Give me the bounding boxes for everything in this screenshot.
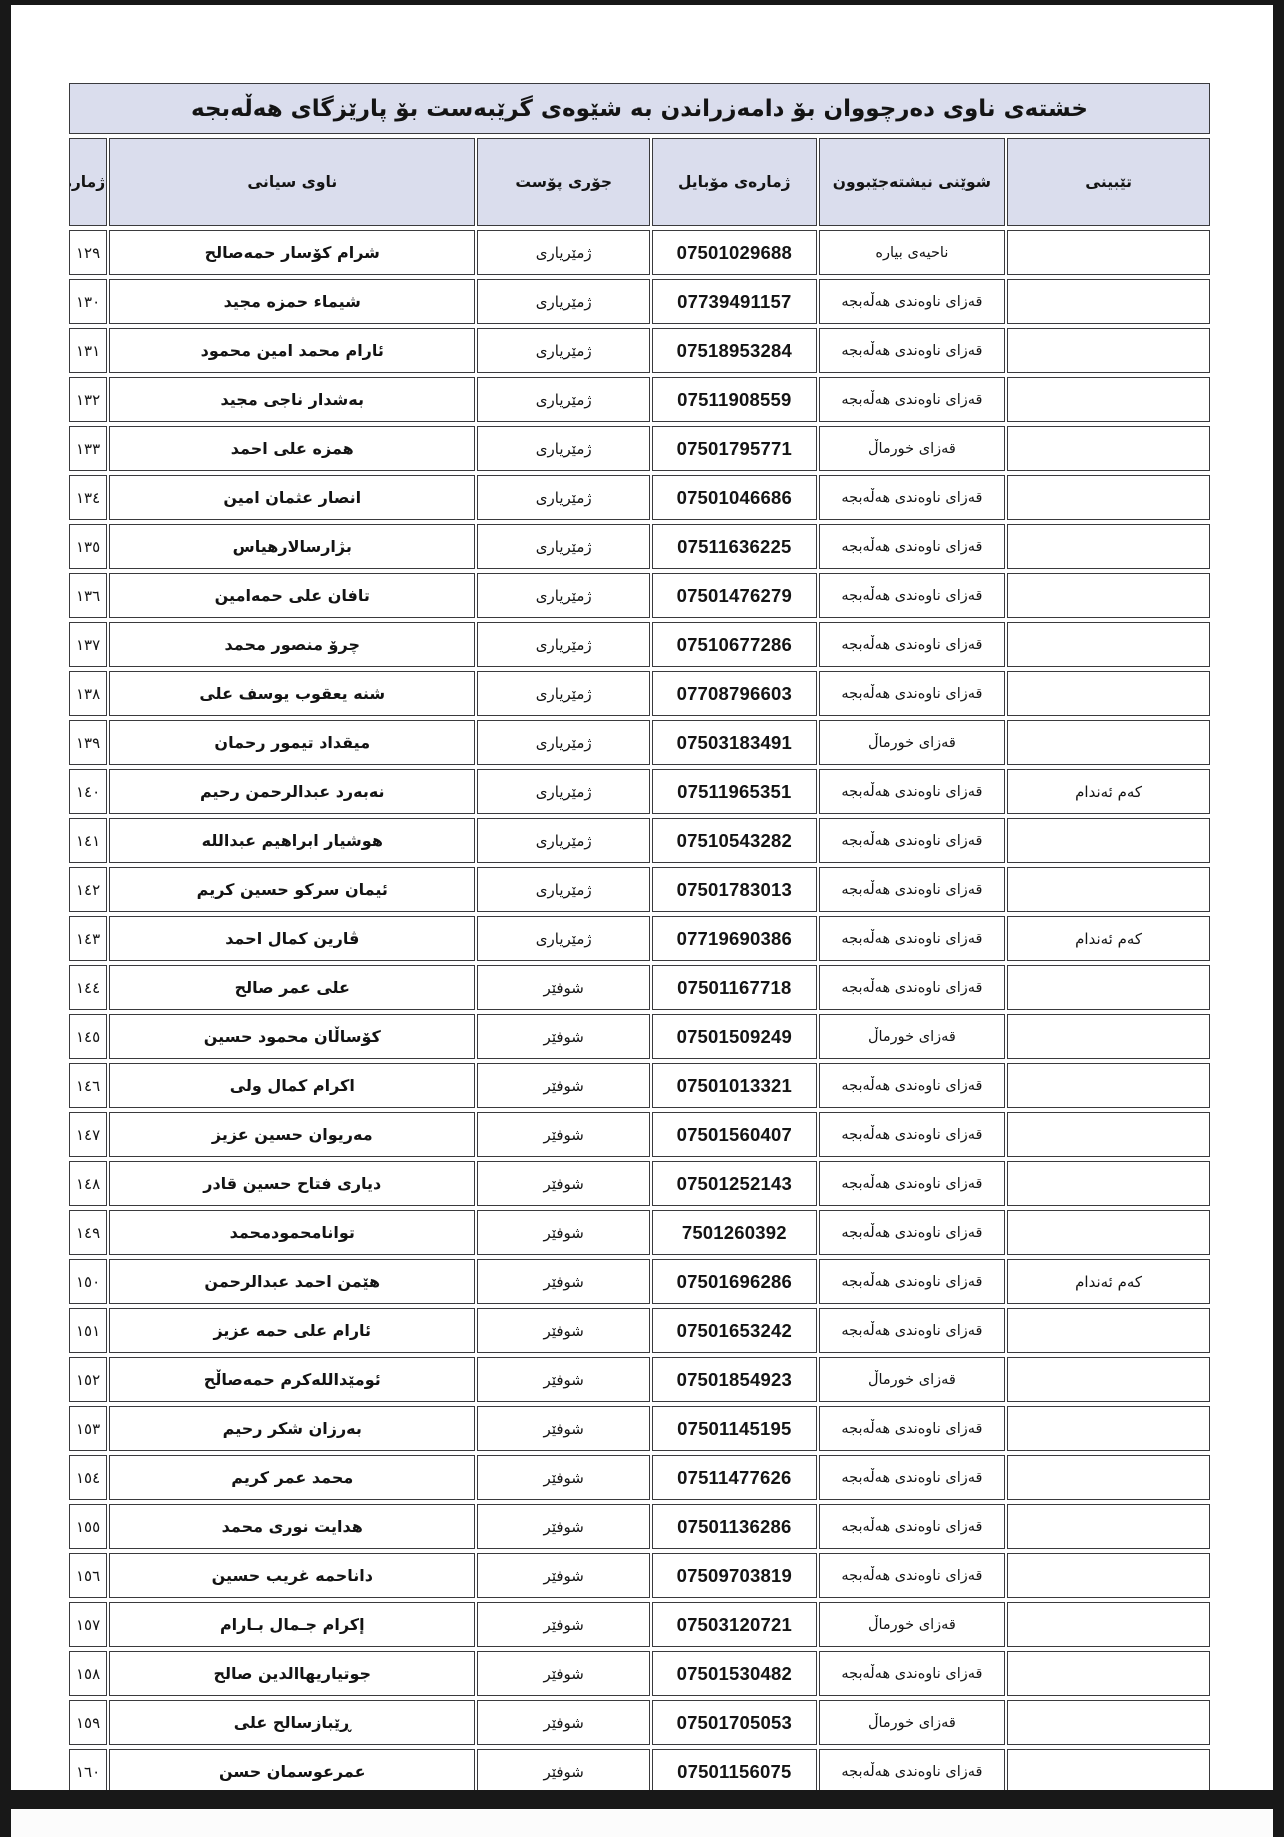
column-header-note: تێبینی (1007, 138, 1210, 226)
cell-note (1007, 426, 1210, 471)
cell-post: ژمێریاری (477, 622, 650, 667)
cell-post: ژمێریاری (477, 279, 650, 324)
cell-post: ژمێریاری (477, 916, 650, 961)
cell-post: شوفێر (477, 1063, 650, 1108)
cell-mobile: 07501156075 (652, 1749, 817, 1790)
document-page: خشتەی ناوی دەرچووان بۆ دامەزراندن بە شێو… (11, 5, 1273, 1790)
cell-name: إکرام جـمال بـارام (109, 1602, 475, 1647)
cell-residence: قەزای ناوەندی هەڵەبجە (819, 1455, 1006, 1500)
cell-residence: قەزای ناوەندی هەڵەبجە (819, 1112, 1006, 1157)
cell-name: محمد عمر کریم (109, 1455, 475, 1500)
cell-note (1007, 1700, 1210, 1745)
cell-no: ١٢٩ (69, 230, 107, 275)
cell-residence: قەزای ناوەندی هەڵەبجە (819, 867, 1006, 912)
cell-note (1007, 1749, 1210, 1790)
cell-note (1007, 279, 1210, 324)
cell-note (1007, 1161, 1210, 1206)
cell-note: کەم ئەندام (1007, 1259, 1210, 1304)
table-row: ١٥٠هێمن احمد عبدالرحمنشوفێر07501696286قە… (69, 1259, 1210, 1304)
column-header-residence: شوێنی نیشتەجێبوون (819, 138, 1006, 226)
cell-note (1007, 622, 1210, 667)
cell-no: ١٣٨ (69, 671, 107, 716)
table-row: ١٣١ئارام محمد امین محمودژمێریاری07518953… (69, 328, 1210, 373)
cell-residence: قەزای ناوەندی هەڵەبجە (819, 1749, 1006, 1790)
table-row: ١٤٨دیاری فتاح حسین قادرشوفێر07501252143ق… (69, 1161, 1210, 1206)
cell-name: همزە علی احمد (109, 426, 475, 471)
cell-mobile: 07501252143 (652, 1161, 817, 1206)
cell-residence: ناحیەی بیارە (819, 230, 1006, 275)
cell-no: ١٥٠ (69, 1259, 107, 1304)
cell-no: ١٤٠ (69, 769, 107, 814)
table-title: خشتەی ناوی دەرچووان بۆ دامەزراندن بە شێو… (69, 83, 1210, 134)
cell-no: ١٣١ (69, 328, 107, 373)
cell-no: ١٥٢ (69, 1357, 107, 1402)
cell-mobile: 07739491157 (652, 279, 817, 324)
cell-post: شوفێر (477, 1455, 650, 1500)
table-row: ١٥٧إکرام جـمال بـارامشوفێر07503120721قەز… (69, 1602, 1210, 1647)
cell-mobile: 07511477626 (652, 1455, 817, 1500)
cell-mobile: 07501029688 (652, 230, 817, 275)
cell-name: شرام کۆسار حمەصالح (109, 230, 475, 275)
cell-residence: قەزای ناوەندی هەڵەبجە (819, 1504, 1006, 1549)
cell-post: شوفێر (477, 1406, 650, 1451)
cell-mobile: 07708796603 (652, 671, 817, 716)
cell-no: ١٤٧ (69, 1112, 107, 1157)
cell-name: علی عمر صالح (109, 965, 475, 1010)
cell-residence: قەزای ناوەندی هەڵەبجە (819, 328, 1006, 373)
cell-post: شوفێر (477, 965, 650, 1010)
cell-post: ژمێریاری (477, 573, 650, 618)
cell-post: ژمێریاری (477, 377, 650, 422)
cell-no: ١٥١ (69, 1308, 107, 1353)
cell-post: شوفێر (477, 1602, 650, 1647)
cell-mobile: 07510543282 (652, 818, 817, 863)
cell-residence: قەزای ناوەندی هەڵەبجە (819, 1308, 1006, 1353)
cell-mobile: 07501705053 (652, 1700, 817, 1745)
cell-name: ڕێبازسالح علی (109, 1700, 475, 1745)
cell-mobile: 7501260392 (652, 1210, 817, 1255)
cell-residence: قەزای ناوەندی هەڵەبجە (819, 1063, 1006, 1108)
cell-residence: قەزای ناوەندی هەڵەبجە (819, 475, 1006, 520)
table-row: ١٦٠عمرعوسمان حسنشوفێر07501156075قەزای نا… (69, 1749, 1210, 1790)
cell-post: ژمێریاری (477, 230, 650, 275)
cell-residence: قەزای ناوەندی هەڵەبجە (819, 965, 1006, 1010)
cell-residence: قەزای ناوەندی هەڵەبجە (819, 1553, 1006, 1598)
cell-mobile: 07511636225 (652, 524, 817, 569)
cell-note (1007, 671, 1210, 716)
table-row: ١٣٢بەشدار ناجی مجیدژمێریاری07511908559قە… (69, 377, 1210, 422)
cell-no: ١٤٣ (69, 916, 107, 961)
cell-mobile: 07501560407 (652, 1112, 817, 1157)
title-row: خشتەی ناوی دەرچووان بۆ دامەزراندن بە شێو… (69, 83, 1210, 134)
cell-note (1007, 965, 1210, 1010)
cell-no: ١٣٧ (69, 622, 107, 667)
cell-residence: قەزای ناوەندی هەڵەبجە (819, 279, 1006, 324)
cell-residence: قەزای خورماڵ (819, 426, 1006, 471)
column-header-mobile: ژمارەی مۆبایل (652, 138, 817, 226)
cell-name: ئیمان سرکو حسین کریم (109, 867, 475, 912)
cell-name: مەریوان حسین عزیز (109, 1112, 475, 1157)
graduates-roster-table: خشتەی ناوی دەرچووان بۆ دامەزراندن بە شێو… (67, 79, 1212, 1790)
cell-note (1007, 1651, 1210, 1696)
cell-residence: قەزای ناوەندی هەڵەبجە (819, 622, 1006, 667)
table-row: ١٤٤علی عمر صالحشوفێر07501167718قەزای ناو… (69, 965, 1210, 1010)
cell-mobile: 07503120721 (652, 1602, 817, 1647)
cell-name: ئارام علی حمه عزیز (109, 1308, 475, 1353)
cell-no: ١٤٢ (69, 867, 107, 912)
cell-residence: قەزای ناوەندی هەڵەبجە (819, 1210, 1006, 1255)
cell-name: هێمن احمد عبدالرحمن (109, 1259, 475, 1304)
table-row: ١٤٩توانامحمودمحمدشوفێر7501260392قەزای نا… (69, 1210, 1210, 1255)
cell-mobile: 07511908559 (652, 377, 817, 422)
cell-name: توانامحمودمحمد (109, 1210, 475, 1255)
cell-mobile: 07501167718 (652, 965, 817, 1010)
cell-name: اکرام کمال ولی (109, 1063, 475, 1108)
cell-name: دیاری فتاح حسین قادر (109, 1161, 475, 1206)
cell-note (1007, 377, 1210, 422)
table-row: ١٤٢ئیمان سرکو حسین کریمژمێریاری075017830… (69, 867, 1210, 912)
cell-mobile: 07501696286 (652, 1259, 817, 1304)
cell-no: ١٤١ (69, 818, 107, 863)
cell-residence: قەزای ناوەندی هەڵەبجە (819, 769, 1006, 814)
cell-name: ئارام محمد امین محمود (109, 328, 475, 373)
cell-mobile: 07510677286 (652, 622, 817, 667)
cell-name: کۆساڵان محمود حسین (109, 1014, 475, 1059)
cell-mobile: 07719690386 (652, 916, 817, 961)
cell-residence: قەزای ناوەندی هەڵەبجە (819, 916, 1006, 961)
cell-mobile: 07501783013 (652, 867, 817, 912)
cell-post: شوفێر (477, 1112, 650, 1157)
cell-note (1007, 1063, 1210, 1108)
cell-no: ١٤٦ (69, 1063, 107, 1108)
cell-post: شوفێر (477, 1210, 650, 1255)
cell-note (1007, 1406, 1210, 1451)
cell-mobile: 07501653242 (652, 1308, 817, 1353)
table-row: ١٣٣همزە علی احمدژمێریاری07501795771قەزای… (69, 426, 1210, 471)
cell-note: کەم ئەندام (1007, 769, 1210, 814)
cell-no: ١٣٤ (69, 475, 107, 520)
cell-name: ئومێداللەکرم حمەصاڵح (109, 1357, 475, 1402)
cell-post: شوفێر (477, 1651, 650, 1696)
cell-note (1007, 1210, 1210, 1255)
cell-post: ژمێریاری (477, 720, 650, 765)
cell-no: ١٣٠ (69, 279, 107, 324)
cell-residence: قەزای خورماڵ (819, 1700, 1006, 1745)
cell-no: ١٣٦ (69, 573, 107, 618)
table-row: ١٤٣ڤارین کمال احمدژمێریاری07719690386قەز… (69, 916, 1210, 961)
cell-residence: قەزای ناوەندی هەڵەبجە (819, 377, 1006, 422)
cell-mobile: 07501476279 (652, 573, 817, 618)
column-header-name: ناوی سیانی (109, 138, 475, 226)
cell-mobile: 07509703819 (652, 1553, 817, 1598)
cell-residence: قەزای خورماڵ (819, 1357, 1006, 1402)
cell-mobile: 07518953284 (652, 328, 817, 373)
cell-note (1007, 475, 1210, 520)
cell-note (1007, 1014, 1210, 1059)
cell-post: ژمێریاری (477, 475, 650, 520)
cell-residence: قەزای خورماڵ (819, 1602, 1006, 1647)
cell-post: ژمێریاری (477, 818, 650, 863)
cell-name: چرۆ منصور محمد (109, 622, 475, 667)
table-row: ١٥٣بەرزان شکر رحیمشوفێر07501145195قەزای … (69, 1406, 1210, 1451)
cell-no: ١٣٢ (69, 377, 107, 422)
table-row: ١٤٥کۆساڵان محمود حسینشوفێر07501509249قەز… (69, 1014, 1210, 1059)
cell-post: شوفێر (477, 1014, 650, 1059)
cell-name: میقداد تیمور رحمان (109, 720, 475, 765)
cell-mobile: 07501013321 (652, 1063, 817, 1108)
cell-note (1007, 328, 1210, 373)
cell-residence: قەزای ناوەندی هەڵەبجە (819, 1406, 1006, 1451)
table-row: ١٥٦داناحمه غریب حسینشوفێر07509703819قەزا… (69, 1553, 1210, 1598)
table-row: ١٣٥بژارسالارهیاسژمێریاری07511636225قەزای… (69, 524, 1210, 569)
cell-note (1007, 1602, 1210, 1647)
cell-name: جوتیاریهاالدین صالح (109, 1651, 475, 1696)
cell-no: ١٥٦ (69, 1553, 107, 1598)
table-row: ١٥٨جوتیاریهاالدین صالحشوفێر07501530482قە… (69, 1651, 1210, 1696)
table-row: ١٢٩شرام کۆسار حمەصالحژمێریاری07501029688… (69, 230, 1210, 275)
table-row: ١٣٠شیماء حمزە مجیدژمێریاری07739491157قەز… (69, 279, 1210, 324)
cell-name: هدایت نوری محمد (109, 1504, 475, 1549)
table-row: ١٣٧چرۆ منصور محمدژمێریاری07510677286قەزا… (69, 622, 1210, 667)
column-header-no: ژماره (69, 138, 107, 226)
cell-residence: قەزای خورماڵ (819, 1014, 1006, 1059)
cell-mobile: 07511965351 (652, 769, 817, 814)
cell-post: شوفێر (477, 1700, 650, 1745)
cell-note (1007, 867, 1210, 912)
table-row: ١٥٥هدایت نوری محمدشوفێر07501136286قەزای … (69, 1504, 1210, 1549)
next-page-edge (11, 1809, 1273, 1837)
cell-no: ١٣٣ (69, 426, 107, 471)
cell-note (1007, 573, 1210, 618)
cell-post: شوفێر (477, 1504, 650, 1549)
cell-note (1007, 1455, 1210, 1500)
cell-residence: قەزای ناوەندی هەڵەبجە (819, 1259, 1006, 1304)
cell-name: شیماء حمزە مجید (109, 279, 475, 324)
cell-no: ١٤٩ (69, 1210, 107, 1255)
table-row: ١٤٠نەبەرد عبدالرحمن رحیمژمێریاری07511965… (69, 769, 1210, 814)
cell-no: ١٥٣ (69, 1406, 107, 1451)
cell-post: ژمێریاری (477, 426, 650, 471)
table-row: ١٣٩میقداد تیمور رحمانژمێریاری07503183491… (69, 720, 1210, 765)
cell-name: نەبەرد عبدالرحمن رحیم (109, 769, 475, 814)
cell-name: ڤارین کمال احمد (109, 916, 475, 961)
cell-post: شوفێر (477, 1161, 650, 1206)
cell-residence: قەزای ناوەندی هەڵەبجە (819, 1651, 1006, 1696)
cell-mobile: 07501145195 (652, 1406, 817, 1451)
cell-no: ١٥٨ (69, 1651, 107, 1696)
table-row: ١٣٤انصار عثمان امینژمێریاری07501046686قە… (69, 475, 1210, 520)
table-row: ١٣٨شنە یعقوب یوسف علیژمێریاری07708796603… (69, 671, 1210, 716)
cell-note (1007, 1357, 1210, 1402)
table-row: ١٥٩ڕێبازسالح علیشوفێر07501705053قەزای خو… (69, 1700, 1210, 1745)
cell-mobile: 07501136286 (652, 1504, 817, 1549)
cell-no: ١٤٥ (69, 1014, 107, 1059)
cell-note (1007, 1112, 1210, 1157)
column-header-row: ژمارهناوی سیانیجۆری پۆستژمارەی مۆبایلشوێ… (69, 138, 1210, 226)
cell-name: تافان علی حمەامین (109, 573, 475, 618)
cell-residence: قەزای خورماڵ (819, 720, 1006, 765)
cell-name: هوشیار ابراهیم عبدالله (109, 818, 475, 863)
cell-post: ژمێریاری (477, 769, 650, 814)
column-header-post: جۆری پۆست (477, 138, 650, 226)
cell-note (1007, 818, 1210, 863)
cell-no: ١٥٥ (69, 1504, 107, 1549)
cell-post: شوفێر (477, 1749, 650, 1790)
cell-note: کەم ئەندام (1007, 916, 1210, 961)
cell-post: ژمێریاری (477, 671, 650, 716)
cell-post: شوفێر (477, 1357, 650, 1402)
cell-post: شوفێر (477, 1259, 650, 1304)
cell-no: ١٥٤ (69, 1455, 107, 1500)
cell-note (1007, 230, 1210, 275)
cell-name: بژارسالارهیاس (109, 524, 475, 569)
cell-post: ژمێریاری (477, 524, 650, 569)
cell-mobile: 07501854923 (652, 1357, 817, 1402)
cell-no: ١٣٩ (69, 720, 107, 765)
cell-no: ١٦٠ (69, 1749, 107, 1790)
cell-name: شنە یعقوب یوسف علی (109, 671, 475, 716)
cell-no: ١٣٥ (69, 524, 107, 569)
cell-mobile: 07501530482 (652, 1651, 817, 1696)
table-row: ١٤٦اکرام کمال ولیشوفێر07501013321قەزای ن… (69, 1063, 1210, 1108)
table-row: ١٥١ئارام علی حمه عزیزشوفێر07501653242قەز… (69, 1308, 1210, 1353)
cell-name: عمرعوسمان حسن (109, 1749, 475, 1790)
cell-name: داناحمه غریب حسین (109, 1553, 475, 1598)
table-row: ١٥٤محمد عمر کریمشوفێر07511477626قەزای نا… (69, 1455, 1210, 1500)
cell-residence: قەزای ناوەندی هەڵەبجە (819, 524, 1006, 569)
cell-residence: قەزای ناوەندی هەڵەبجە (819, 818, 1006, 863)
cell-residence: قەزای ناوەندی هەڵەبجە (819, 1161, 1006, 1206)
cell-note (1007, 524, 1210, 569)
cell-mobile: 07501795771 (652, 426, 817, 471)
cell-post: ژمێریاری (477, 867, 650, 912)
cell-residence: قەزای ناوەندی هەڵەبجە (819, 671, 1006, 716)
cell-post: شوفێر (477, 1553, 650, 1598)
cell-name: بەرزان شکر رحیم (109, 1406, 475, 1451)
cell-note (1007, 1308, 1210, 1353)
cell-name: انصار عثمان امین (109, 475, 475, 520)
cell-name: بەشدار ناجی مجید (109, 377, 475, 422)
table-row: ١٤٧مەریوان حسین عزیزشوفێر07501560407قەزا… (69, 1112, 1210, 1157)
table-row: ١٤١هوشیار ابراهیم عبداللهژمێریاری0751054… (69, 818, 1210, 863)
cell-note (1007, 1504, 1210, 1549)
cell-mobile: 07503183491 (652, 720, 817, 765)
table-row: ١٥٢ئومێداللەکرم حمەصاڵحشوفێر07501854923ق… (69, 1357, 1210, 1402)
cell-residence: قەزای ناوەندی هەڵەبجە (819, 573, 1006, 618)
cell-mobile: 07501046686 (652, 475, 817, 520)
cell-note (1007, 720, 1210, 765)
cell-post: ژمێریاری (477, 328, 650, 373)
cell-no: ١٤٨ (69, 1161, 107, 1206)
table-row: ١٣٦تافان علی حمەامینژمێریاری07501476279ق… (69, 573, 1210, 618)
cell-post: شوفێر (477, 1308, 650, 1353)
cell-mobile: 07501509249 (652, 1014, 817, 1059)
cell-note (1007, 1553, 1210, 1598)
cell-no: ١٥٩ (69, 1700, 107, 1745)
cell-no: ١٤٤ (69, 965, 107, 1010)
cell-no: ١٥٧ (69, 1602, 107, 1647)
